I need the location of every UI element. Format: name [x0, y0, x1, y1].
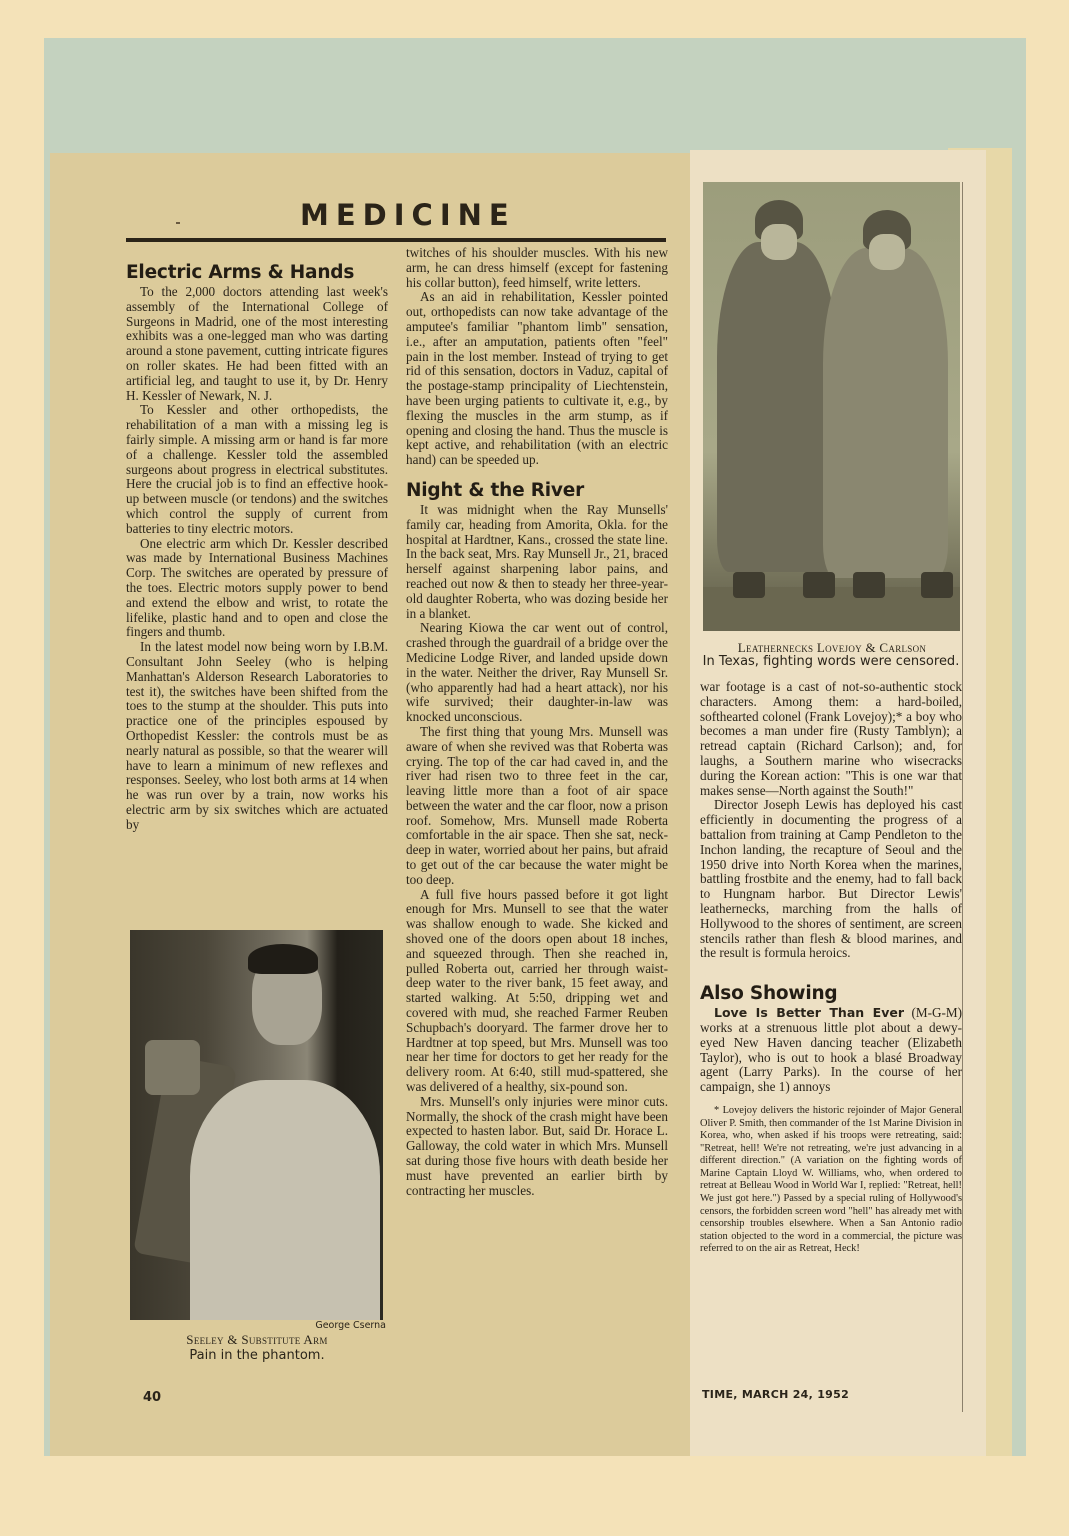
film-title: Love Is Better Than Ever — [714, 1005, 904, 1020]
paragraph: To Kessler and other orthopedists, the r… — [126, 403, 388, 536]
headline-electric-arms: Electric Arms & Hands — [126, 262, 388, 284]
page-number: 40 — [143, 1390, 161, 1405]
photo-face — [869, 234, 905, 270]
headline-also-showing: Also Showing — [700, 983, 962, 1005]
photo-soldier-right — [823, 248, 948, 578]
paragraph: To the 2,000 doctors attending last week… — [126, 285, 388, 403]
paragraph: In the latest model now being worn by I.… — [126, 640, 388, 832]
stray-mark — [176, 222, 180, 224]
photo-hair-shape — [248, 944, 318, 974]
photo-shirt-shape — [190, 1080, 380, 1320]
section-title: MEDICINE — [300, 198, 516, 232]
article-column-2: twitches of his shoulder muscles. With h… — [406, 246, 668, 1198]
photo-caption-subtitle: Pain in the phantom. — [126, 1348, 388, 1363]
paragraph: As an aid in rehabilitation, Kessler poi… — [406, 290, 668, 468]
headline-night-river: Night & the River — [406, 480, 668, 502]
paragraph: A full five hours passed before it got l… — [406, 888, 668, 1095]
paragraph: Mrs. Munsell's only injuries were minor … — [406, 1095, 668, 1199]
column-divider — [962, 182, 963, 1412]
photo-boot — [921, 572, 953, 598]
photo-soldier-left — [717, 242, 837, 572]
paragraph: Nearing Kiowa the car went out of contro… — [406, 621, 668, 725]
paragraph: Director Joseph Lewis has deployed his c… — [700, 798, 962, 961]
paragraph: It was midnight when the Ray Munsells' f… — [406, 503, 668, 621]
article-electric-arms-column-1: Electric Arms & Hands To the 2,000 docto… — [126, 262, 388, 832]
photo-leathernecks — [703, 182, 960, 631]
photo-credit: George Cserna — [300, 1320, 386, 1331]
film-review-column: war footage is a cast of not-so-authenti… — [700, 680, 962, 1256]
photo-seeley-substitute-arm — [130, 930, 383, 1320]
photo-face — [761, 224, 797, 260]
paragraph: One electric arm which Dr. Kessler descr… — [126, 537, 388, 641]
footnote: * Lovejoy delivers the historic rejoinde… — [700, 1105, 962, 1256]
paragraph: twitches of his shoulder muscles. With h… — [406, 246, 668, 290]
photo-caption-subtitle: In Texas, fighting words were censored. — [696, 654, 966, 669]
photo-boot — [853, 572, 885, 598]
photo-boot — [733, 572, 765, 598]
paragraph-also-showing: Love Is Better Than Ever (M-G-M) works a… — [700, 1006, 962, 1095]
photo-boot — [803, 572, 835, 598]
paragraph: The first thing that young Mrs. Munsell … — [406, 725, 668, 888]
photo-mechanical-hand-shape — [145, 1040, 200, 1095]
section-rule — [126, 238, 666, 242]
paragraph: war footage is a cast of not-so-authenti… — [700, 680, 962, 798]
photo-caption-title: Seeley & Substitute Arm — [126, 1332, 388, 1348]
issue-dateline: TIME, MARCH 24, 1952 — [702, 1388, 849, 1401]
